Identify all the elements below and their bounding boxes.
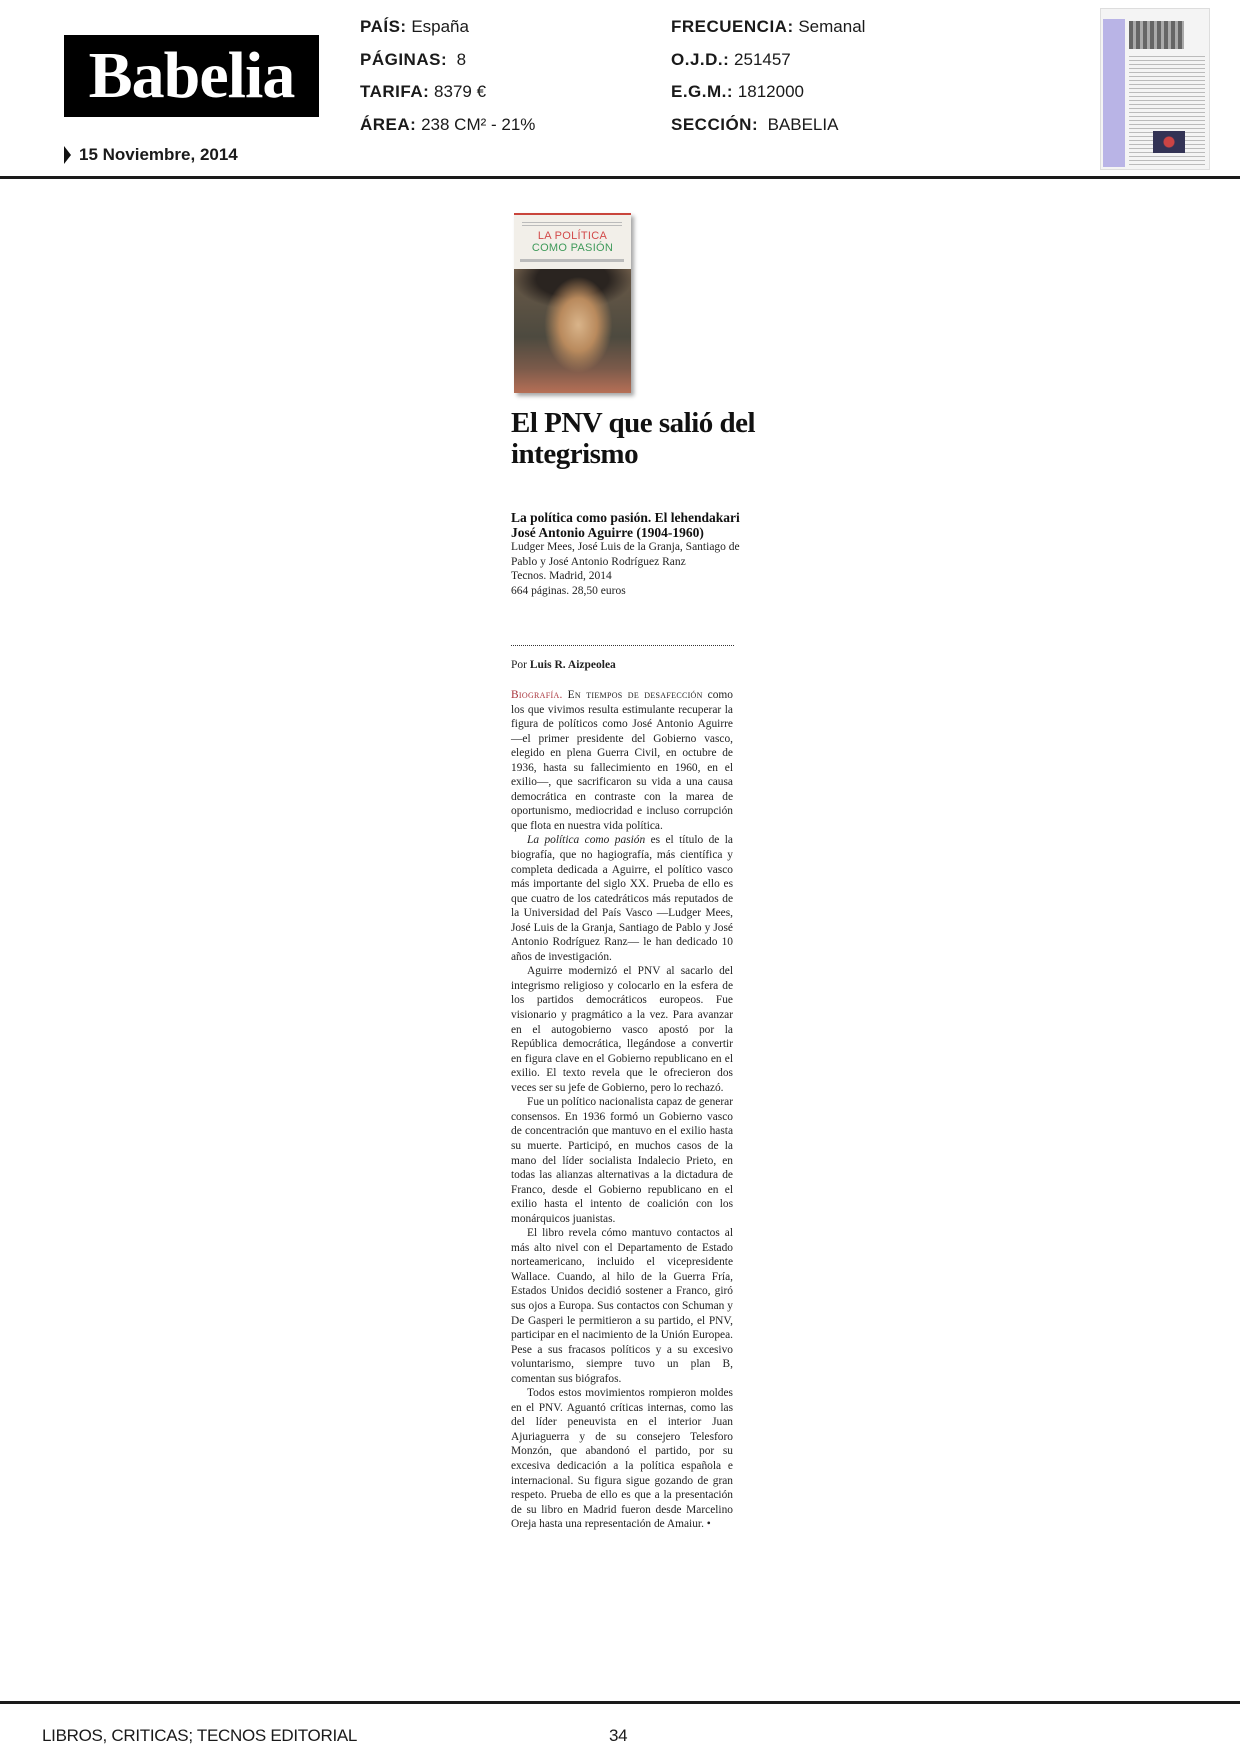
meta-egm: E.G.M.: 1812000 [671,76,865,109]
cover-title-line2: COMO PASIÓN [514,242,631,254]
cover-subtitle-line [520,259,624,262]
footer-tags: LIBROS, CRITICAS; TECNOS EDITORIAL [42,1726,357,1746]
book-title: La política como pasión. El lehendakari … [511,511,741,540]
triangle-bullet-icon [64,146,71,164]
cover-authors-lines [522,220,622,226]
meta-tarifa: TARIFA: 8379 € [360,76,535,109]
thumbnail-photo [1153,131,1185,153]
thumbnail-photo [1129,21,1184,49]
book-title-italic: La política como pasión [527,834,645,846]
publication-logo: Babelia [64,35,319,117]
meta-pais: PAÍS: España [360,11,535,44]
meta-ojd: O.J.D.: 251457 [671,44,865,77]
section-kicker: Biografía. [511,689,563,701]
metadata-left: PAÍS: España PÁGINAS: 8 TARIFA: 8379 € Á… [360,11,535,141]
cover-portrait [514,269,631,393]
cover-title-band: LA POLÍTICA COMO PASIÓN [514,213,631,271]
byline: Por Luis R. Aizpeolea [511,659,616,671]
date-text: 15 Noviembre, 2014 [79,145,238,165]
book-details: 664 páginas. 28,50 euros [511,584,741,599]
footer-page-number: 34 [609,1726,627,1746]
header-divider [0,176,1240,179]
book-authors: Ludger Mees, José Luis de la Granja, San… [511,540,741,569]
paragraph: Aguirre modernizó el PNV al sacarlo del … [511,964,733,1095]
paragraph: El libro revela cómo mantuvo contactos a… [511,1226,733,1386]
book-info: La política como pasión. El lehendakari … [511,511,741,598]
lead-caps: En tiempos de desafección [568,689,703,701]
page-thumbnail [1100,8,1210,170]
article-headline: El PNV que salió del integrismo [511,408,771,470]
dotted-divider [511,645,734,646]
book-cover-image: LA POLÍTICA COMO PASIÓN [514,213,631,393]
publication-date: 15 Noviembre, 2014 [64,145,238,165]
byline-author: Luis R. Aizpeolea [530,659,616,671]
footer-divider [0,1701,1240,1704]
meta-frecuencia: FRECUENCIA: Semanal [671,11,865,44]
meta-area: ÁREA: 238 CM² - 21% [360,109,535,142]
cover-title-line1: LA POLÍTICA [514,230,631,242]
paragraph: Todos estos movimientos rompieron moldes… [511,1386,733,1531]
thumbnail-sidebar [1103,19,1125,167]
paragraph: Fue un político nacionalista capaz de ge… [511,1095,733,1226]
metadata-right: FRECUENCIA: Semanal O.J.D.: 251457 E.G.M… [671,11,865,141]
logo-text: Babelia [89,43,295,109]
article-body: Biografía. En tiempos de desafección com… [511,688,733,1532]
paragraph: Biografía. En tiempos de desafección com… [511,688,733,833]
meta-seccion: SECCIÓN: BABELIA [671,109,865,142]
paragraph: La política como pasión es el título de … [511,833,733,964]
book-publisher: Tecnos. Madrid, 2014 [511,569,741,584]
meta-paginas: PÁGINAS: 8 [360,44,535,77]
